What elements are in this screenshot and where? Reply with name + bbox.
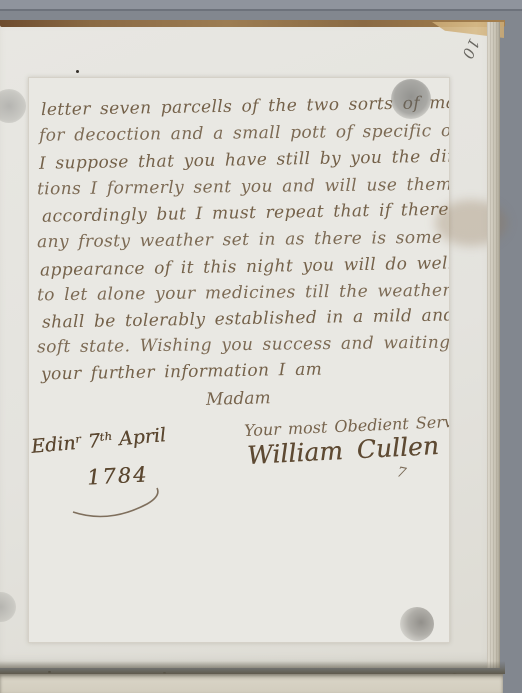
signature-paraph: 7: [395, 464, 407, 482]
page-fore-edge: [487, 22, 500, 668]
page-top-edge: [0, 20, 505, 27]
manuscript-line: letter seven parcells of the two sorts o…: [41, 92, 450, 120]
ink-blot-bottom-right: [400, 607, 434, 641]
page-bottom-fold: [0, 661, 505, 674]
manuscript-line: accordingly but I must repeat that if th…: [42, 199, 450, 227]
manuscript-line: to let alone your medicines till the wea…: [37, 281, 450, 306]
manuscript-line: tions I formerly sent you and will use t…: [37, 175, 450, 200]
dust-speck: [76, 70, 79, 73]
ink-blot-top-right: [391, 79, 431, 119]
manuscript-line: shall be tolerably established in a mild…: [42, 305, 450, 332]
manuscript-line: your further information I am: [41, 360, 322, 385]
manuscript-line: for decoction and a small pott of specif…: [39, 120, 450, 145]
manuscript-line: appearance of it this night you will do …: [40, 253, 450, 280]
dateline-place: Edinʳ 7ᵗʰ April: [30, 424, 167, 458]
letter-sheet: letter seven parcells of the two sorts o…: [28, 77, 450, 643]
salutation: Madam: [206, 388, 271, 410]
manuscript-line: any frosty weather set in as there is so…: [37, 228, 443, 253]
date-flourish-icon: [69, 480, 179, 520]
text-block-bottom: [0, 674, 503, 693]
scanner-edge-line: [0, 9, 522, 11]
manuscript-line: soft state. Wishing you success and wait…: [37, 333, 450, 358]
scanned-letter-page: 10 letter seven parcells of the two sort…: [0, 0, 522, 693]
scanner-background-band: [0, 0, 522, 9]
manuscript-line: I suppose that you have still by you the…: [39, 146, 450, 174]
